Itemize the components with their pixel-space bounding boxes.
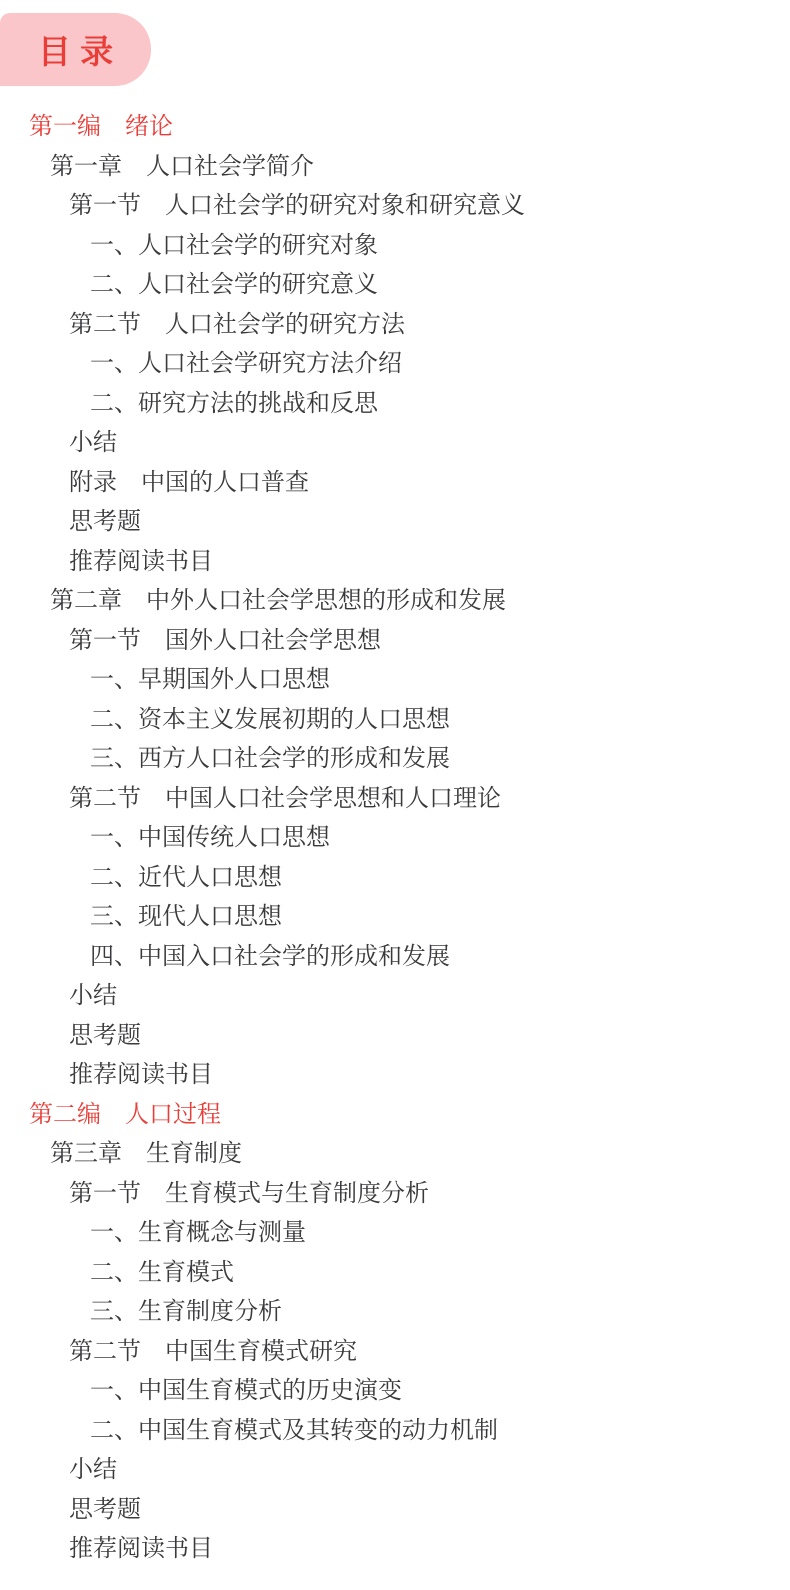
toc-entry-item[interactable]: 二、中国生育模式及其转变的动力机制 <box>0 1411 790 1451</box>
toc-entry-item[interactable]: 一、中国生育模式的历史演变 <box>0 1371 790 1411</box>
toc-page: 目 录 第一编 绪论 第一章 人口社会学简介 第一节 人口社会学的研究对象和研究… <box>0 13 790 1569</box>
toc-entry-label: 第一章 人口社会学简介 <box>50 153 314 180</box>
toc-title: 目 录 <box>38 26 113 73</box>
toc-entry-item[interactable]: 二、资本主义发展初期的人口思想 <box>0 700 790 740</box>
toc-entry-section[interactable]: 第一节 国外人口社会学思想 <box>0 621 790 661</box>
toc-entry-label: 第一节 人口社会学的研究对象和研究意义 <box>69 192 525 219</box>
toc-entry-section[interactable]: 第一节 生育模式与生育制度分析 <box>0 1174 790 1214</box>
toc-entry-label: 第一编 绪论 <box>29 113 173 140</box>
toc-entry-label: 一、人口社会学的研究对象 <box>90 232 378 259</box>
toc-entry-label: 第一节 国外人口社会学思想 <box>69 627 381 654</box>
toc-list: 第一编 绪论 第一章 人口社会学简介 第一节 人口社会学的研究对象和研究意义 一… <box>0 107 790 1569</box>
toc-entry-chapter[interactable]: 第二章 中外人口社会学思想的形成和发展 <box>0 581 790 621</box>
toc-entry-item[interactable]: 三、生育制度分析 <box>0 1292 790 1332</box>
toc-entry-item[interactable]: 一、中国传统人口思想 <box>0 818 790 858</box>
toc-entry-chapter[interactable]: 第三章 生育制度 <box>0 1134 790 1174</box>
toc-entry-item[interactable]: 三、现代人口思想 <box>0 897 790 937</box>
toc-entry-label: 一、人口社会学研究方法介绍 <box>90 350 402 377</box>
toc-entry-item[interactable]: 二、研究方法的挑战和反思 <box>0 384 790 424</box>
toc-entry-label: 小结 <box>69 1456 117 1483</box>
toc-entry-label: 一、中国传统人口思想 <box>90 824 330 851</box>
toc-entry-label: 一、中国生育模式的历史演变 <box>90 1377 402 1404</box>
toc-entry-label: 第三章 生育制度 <box>50 1140 242 1167</box>
toc-entry-label: 二、中国生育模式及其转变的动力机制 <box>90 1417 498 1444</box>
toc-entry-section[interactable]: 附录 中国的人口普查 <box>0 463 790 503</box>
toc-entry-label: 思考题 <box>69 1022 141 1049</box>
toc-entry-label: 附录 中国的人口普查 <box>69 469 309 496</box>
toc-entry-section[interactable]: 推荐阅读书目 <box>0 1055 790 1095</box>
toc-entry-part[interactable]: 第一编 绪论 <box>0 107 790 147</box>
toc-entry-item[interactable]: 一、人口社会学研究方法介绍 <box>0 344 790 384</box>
toc-entry-label: 第一节 生育模式与生育制度分析 <box>69 1180 429 1207</box>
toc-entry-label: 第二编 人口过程 <box>29 1101 221 1128</box>
toc-entry-label: 三、现代人口思想 <box>90 903 282 930</box>
toc-title-badge: 目 录 <box>0 13 151 86</box>
toc-entry-label: 三、生育制度分析 <box>90 1298 282 1325</box>
toc-entry-label: 一、早期国外人口思想 <box>90 666 330 693</box>
toc-entry-label: 二、资本主义发展初期的人口思想 <box>90 706 450 733</box>
toc-entry-section[interactable]: 推荐阅读书目 <box>0 1529 790 1569</box>
toc-entry-section[interactable]: 小结 <box>0 423 790 463</box>
toc-entry-section[interactable]: 小结 <box>0 976 790 1016</box>
toc-entry-label: 二、近代人口思想 <box>90 864 282 891</box>
toc-entry-section[interactable]: 推荐阅读书目 <box>0 542 790 582</box>
toc-entry-section[interactable]: 小结 <box>0 1450 790 1490</box>
toc-entry-item[interactable]: 一、生育概念与测量 <box>0 1213 790 1253</box>
toc-entry-item[interactable]: 一、早期国外人口思想 <box>0 660 790 700</box>
toc-entry-label: 三、西方人口社会学的形成和发展 <box>90 745 450 772</box>
toc-entry-item[interactable]: 三、西方人口社会学的形成和发展 <box>0 739 790 779</box>
toc-entry-label: 第二节 中国人口社会学思想和人口理论 <box>69 785 501 812</box>
toc-entry-label: 推荐阅读书目 <box>69 1535 213 1562</box>
toc-entry-label: 思考题 <box>69 1496 141 1523</box>
toc-entry-label: 二、研究方法的挑战和反思 <box>90 390 378 417</box>
toc-entry-section[interactable]: 第二节 中国生育模式研究 <box>0 1332 790 1372</box>
toc-entry-section[interactable]: 第二节 人口社会学的研究方法 <box>0 305 790 345</box>
toc-entry-label: 小结 <box>69 982 117 1009</box>
toc-entry-label: 第二节 中国生育模式研究 <box>69 1338 357 1365</box>
toc-entry-item[interactable]: 二、近代人口思想 <box>0 858 790 898</box>
toc-entry-item[interactable]: 四、中国入口社会学的形成和发展 <box>0 937 790 977</box>
toc-entry-label: 第二章 中外人口社会学思想的形成和发展 <box>50 587 506 614</box>
toc-entry-label: 二、生育模式 <box>90 1259 234 1286</box>
toc-entry-section[interactable]: 第二节 中国人口社会学思想和人口理论 <box>0 779 790 819</box>
toc-entry-label: 思考题 <box>69 508 141 535</box>
toc-entry-label: 小结 <box>69 429 117 456</box>
toc-entry-section[interactable]: 思考题 <box>0 1490 790 1530</box>
toc-entry-label: 推荐阅读书目 <box>69 548 213 575</box>
toc-entry-label: 推荐阅读书目 <box>69 1061 213 1088</box>
toc-entry-item[interactable]: 一、人口社会学的研究对象 <box>0 226 790 266</box>
toc-entry-label: 一、生育概念与测量 <box>90 1219 306 1246</box>
toc-entry-item[interactable]: 二、人口社会学的研究意义 <box>0 265 790 305</box>
toc-entry-section[interactable]: 思考题 <box>0 1016 790 1056</box>
toc-entry-part[interactable]: 第二编 人口过程 <box>0 1095 790 1135</box>
toc-entry-label: 第二节 人口社会学的研究方法 <box>69 311 405 338</box>
toc-entry-section[interactable]: 思考题 <box>0 502 790 542</box>
toc-entry-label: 二、人口社会学的研究意义 <box>90 271 378 298</box>
toc-entry-label: 四、中国入口社会学的形成和发展 <box>90 943 450 970</box>
toc-entry-item[interactable]: 二、生育模式 <box>0 1253 790 1293</box>
toc-entry-section[interactable]: 第一节 人口社会学的研究对象和研究意义 <box>0 186 790 226</box>
toc-entry-chapter[interactable]: 第一章 人口社会学简介 <box>0 147 790 187</box>
